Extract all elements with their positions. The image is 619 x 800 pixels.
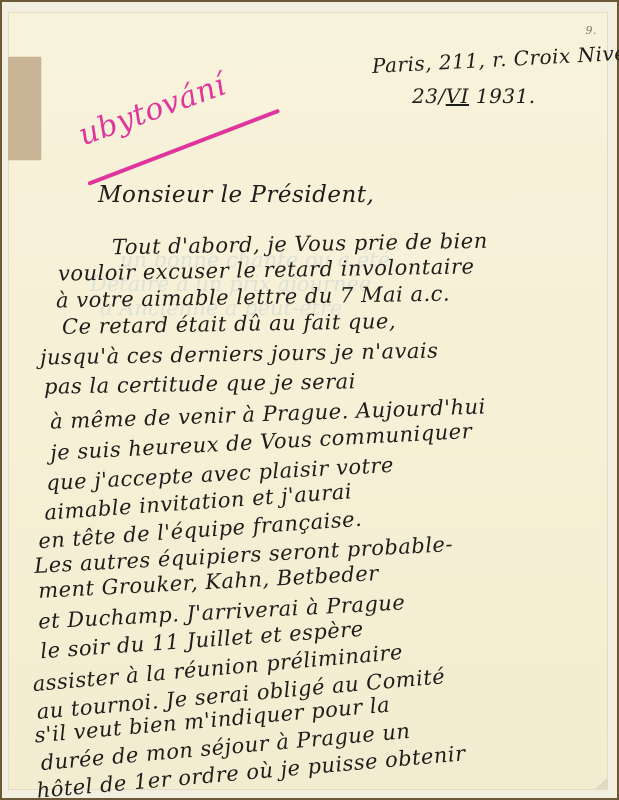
salutation: Monsieur le Président, bbox=[98, 182, 374, 208]
letter-date: 23/VI 1931. bbox=[412, 84, 536, 108]
date-year: 1931. bbox=[476, 84, 536, 108]
paper-tab bbox=[8, 57, 40, 160]
page-number: 9. bbox=[586, 24, 598, 37]
date-month: VI bbox=[446, 84, 469, 108]
date-day: 23 bbox=[412, 84, 438, 108]
paper-corner-curl bbox=[594, 779, 608, 789]
